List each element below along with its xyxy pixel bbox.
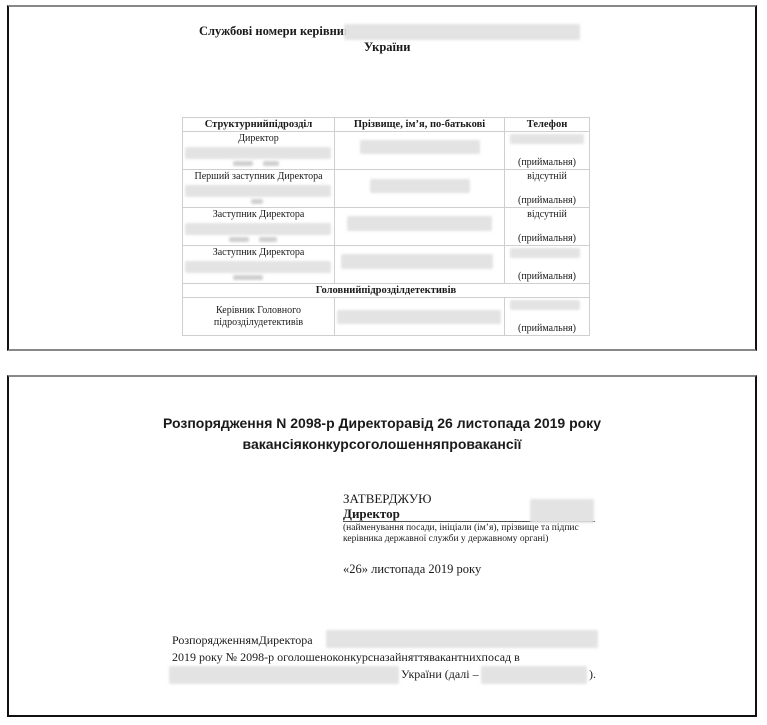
approve-label: ЗАТВЕРДЖУЮ: [343, 491, 431, 507]
table-header-row: Структурнийпідрозділ Прізвище, ім’я, по-…: [183, 118, 590, 132]
redacted-name: [347, 216, 492, 231]
redacted-text: [481, 666, 587, 684]
phone-note: (приймальня): [505, 271, 589, 282]
body-line-3: України (далі –: [401, 666, 479, 683]
body-line-2: 2019 року № 2098-р оголошеноконкурсназай…: [172, 650, 520, 664]
document-page-order: Розпорядження N 2098-р Директоравід 26 л…: [7, 375, 757, 717]
redacted-text: [326, 630, 598, 648]
section-header: Головнийпідрозділдетективів: [183, 284, 590, 298]
table-row: Заступник Директора відсутній (приймальн…: [183, 208, 590, 246]
signature-hint: (найменування посади, ініціали (ім’я), п…: [343, 523, 603, 545]
redacted-text: [185, 147, 331, 159]
position-title: Директор: [183, 133, 334, 145]
position-title: Заступник Директора: [183, 209, 334, 221]
redacted-text: [169, 666, 399, 684]
table-row: Перший заступник Директора відсутній (пр…: [183, 170, 590, 208]
redacted-org-name: [344, 24, 580, 40]
redacted-text: [263, 161, 279, 166]
phone-note: (приймальня): [505, 195, 589, 206]
redacted-name: [341, 254, 493, 269]
redacted-text: [233, 275, 263, 280]
redacted-name: [370, 179, 470, 193]
phone-note: (приймальня): [505, 233, 589, 244]
redacted-name: [337, 310, 501, 324]
column-header-name: Прізвище, ім’я, по-батькові: [335, 118, 505, 132]
page-title-continued: України: [364, 40, 410, 55]
redacted-signature: [530, 499, 594, 523]
staff-phone-table: Структурнийпідрозділ Прізвище, ім’я, по-…: [182, 117, 590, 336]
column-header-unit: Структурнийпідрозділ: [183, 118, 335, 132]
phone-value: відсутній: [505, 209, 589, 220]
redacted-name: [360, 140, 480, 154]
table-row: Керівник Головного підрозділудетективів …: [183, 298, 590, 336]
position-title: Керівник Головного підрозділудетективів: [183, 305, 334, 329]
redacted-text: [251, 199, 263, 204]
phone-note: (приймальня): [505, 323, 589, 334]
column-header-phone: Телефон: [505, 118, 590, 132]
position-title: Перший заступник Директора: [183, 171, 334, 183]
redacted-phone: [510, 134, 584, 144]
redacted-text: [185, 261, 331, 273]
phone-value: відсутній: [505, 171, 589, 182]
redacted-text: [259, 237, 277, 242]
table-section-row: Головнийпідрозділдетективів: [183, 284, 590, 298]
table-row: Заступник Директора (приймальня): [183, 246, 590, 284]
order-title: Розпорядження N 2098-р Директоравід 26 л…: [9, 413, 755, 455]
body-line-1: РозпорядженнямДиректора: [172, 633, 313, 647]
document-page-staff-phones: Службові номери керівництва України Стру…: [7, 5, 757, 351]
redacted-text: [229, 237, 249, 242]
approval-date: «26» листопада 2019 року: [343, 562, 481, 577]
redacted-phone: [510, 248, 580, 258]
position-title: Заступник Директора: [183, 247, 334, 259]
table-row: Директор (приймальня): [183, 132, 590, 170]
redacted-text: [185, 185, 331, 197]
redacted-phone: [510, 300, 580, 310]
redacted-text: [185, 223, 331, 235]
phone-note: (приймальня): [505, 157, 589, 168]
redacted-text: [233, 161, 253, 166]
